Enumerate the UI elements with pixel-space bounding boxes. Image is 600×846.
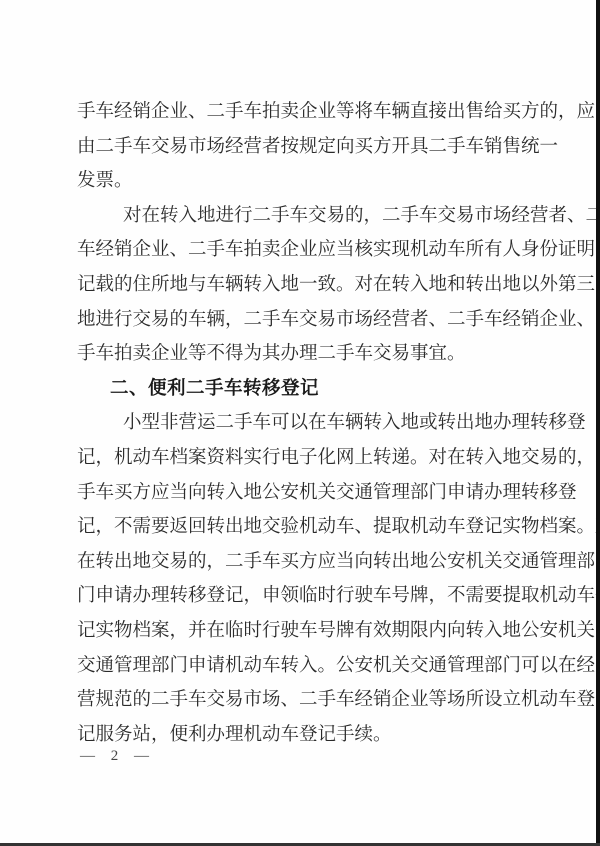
- text-line: 发票。: [77, 164, 521, 199]
- text-line: 地进行交易的车辆，二手车交易市场经营者、二手车经销企业、二: [77, 303, 521, 338]
- text-line: 门申请办理转移登记，申领临时行驶车号牌，不需要提取机动车登: [77, 579, 521, 614]
- text-line: 在转出地交易的，二手车买方应当向转出地公安机关交通管理部: [77, 545, 521, 580]
- text-line: 手车经销企业、二手车拍卖企业等将车辆直接出售给买方的，应当: [77, 95, 521, 130]
- text-line: 手车买方应当向转入地公安机关交通管理部门申请办理转移登: [77, 476, 521, 511]
- section-heading: 二、便利二手车转移登记: [77, 372, 521, 407]
- text-line: 车经销企业、二手车拍卖企业应当核实现机动车所有人身份证明: [77, 233, 521, 268]
- scan-border-right: [596, 0, 600, 846]
- document-body: 手车经销企业、二手车拍卖企业等将车辆直接出售给买方的，应当 由二手车交易市场经营…: [77, 95, 521, 752]
- text-line: 记实物档案，并在临时行驶车号牌有效期限内向转入地公安机关: [77, 614, 521, 649]
- page-number: — 2 —: [80, 748, 155, 765]
- text-line: 记，不需要返回转出地交验机动车、提取机动车登记实物档案。对: [77, 510, 521, 545]
- text-line: 记，机动车档案资料实行电子化网上转递。对在转入地交易的，二: [77, 441, 521, 476]
- text-line: 交通管理部门申请机动车转入。公安机关交通管理部门可以在经: [77, 649, 521, 684]
- text-line: 小型非营运二手车可以在车辆转入地或转出地办理转移登: [77, 406, 521, 441]
- text-line: 由二手车交易市场经营者按规定向买方开具二手车销售统一: [77, 130, 521, 165]
- text-line: 记载的住所地与车辆转入地一致。对在转入地和转出地以外第三: [77, 268, 521, 303]
- text-line: 手车拍卖企业等不得为其办理二手车交易事宜。: [77, 337, 521, 372]
- text-line: 营规范的二手车交易市场、二手车经销企业等场所设立机动车登: [77, 683, 521, 718]
- document-page: 手车经销企业、二手车拍卖企业等将车辆直接出售给买方的，应当 由二手车交易市场经营…: [0, 0, 596, 843]
- text-line: 对在转入地进行二手车交易的，二手车交易市场经营者、二手: [77, 199, 521, 234]
